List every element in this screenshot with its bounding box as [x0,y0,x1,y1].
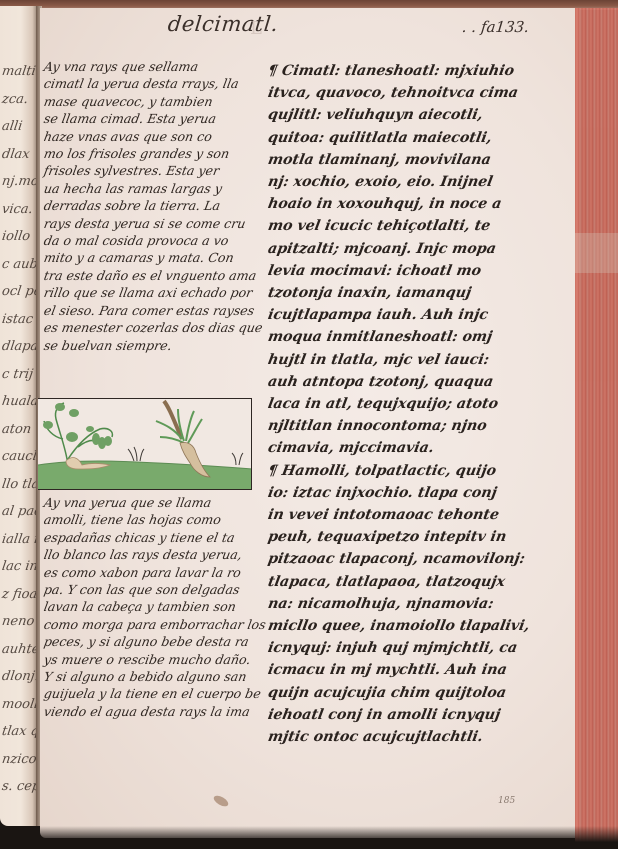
spanish-column-block-1: Ay vna rays que sellamacimatl la yerua d… [44,58,258,354]
text-line: como morga para emborrachar los [42,616,259,633]
facing-page-text-fragment: dlapa [1,339,38,354]
facing-page-text-fragment: ocl po [1,284,38,299]
text-line: ¶ Cimatl: tlaneshoatl: mjxiuhio [266,60,545,82]
nahuatl-column: ¶ Cimatl: tlaneshoatl: mjxiuhioitvca, qu… [268,60,543,748]
manuscript-scan: malti.zca.allidlaxnj.movica.iolloc auboc… [0,0,618,849]
left-facing-page: malti.zca.allidlaxnj.movica.iolloc auboc… [0,6,38,826]
text-line: io: iztac injxochio. tlapa conj [266,482,545,504]
text-line: mito y a camaras y mata. Con [42,249,259,266]
text-line: rillo que se llama axi echado por [42,284,259,301]
facing-page-text-fragment: c trij [1,367,34,382]
text-line: da o mal cosida provoca a vo [42,232,259,249]
text-line: apitzalti; mjcoanj. Injc mopa [266,238,545,260]
text-line: tra este daño es el vnguento ama [42,267,259,284]
facing-page-text-fragment: moolli [1,697,38,712]
text-line: cimatl la yerua desta rrays, lla [42,75,259,92]
facing-page-text-fragment: zca. [1,92,29,107]
text-line: levia mocimavi: ichoatl mo [266,260,545,282]
text-line: peuh, tequaxipetzo intepitv in [266,526,545,548]
text-line: cimavia, mjccimavia. [266,437,545,459]
facing-page-text-fragment: al pac [1,504,38,519]
text-line: mo los frisoles grandes y son [42,145,259,162]
text-line: lavan la cabeça y tambien son [42,598,259,615]
spanish-column-block-2: Ay vna yerua que se llamaamolli, tiene l… [44,494,258,720]
text-line: Y si alguno a bebido alguno san [42,668,259,685]
facing-page-text-fragment: istac [1,312,34,327]
facing-page-text-fragment: dlonj. [1,669,38,684]
facing-page-text-fragment: z fioa [1,587,38,602]
text-line: frisoles sylvestres. Esta yer [42,162,259,179]
text-line: Ay vna yerua que se llama [42,494,259,511]
running-head: delcimatl. [167,12,280,36]
facing-page-text-fragment: s. cepa [1,779,38,794]
text-line: viendo el agua desta rays la ima [42,703,259,720]
text-line: ys muere o rescibe mucho daño. [42,651,259,668]
text-line: na: nicamolhuja, njnamovia: [266,593,545,615]
text-line: llo blanco las rays desta yerua, [42,546,259,563]
facing-page-text-fragment: ialla in [1,532,38,547]
text-line: guijuela y la tiene en el cuerpo be [42,685,259,702]
text-line: peces, y si alguno bebe desta ra [42,633,259,650]
text-line: el sieso. Para comer estas rayses [42,302,259,319]
plant-illustration [38,398,252,490]
text-line: motla tlaminanj, movivilana [266,149,545,171]
text-line: mase quavecoc, y tambien [42,93,259,110]
text-line: rays desta yerua si se come cru [42,215,259,232]
text-line: amolli, tiene las hojas como [42,511,259,528]
facing-page-text-fragment: aton [1,422,32,437]
text-line: es como xabon para lavar la ro [42,564,259,581]
text-line: njltitlan innocontoma; njno [266,415,545,437]
text-line: Ay vna rays que sellama [42,58,259,75]
facing-page-text-fragment: auhte [1,642,38,657]
text-line: moqua inmitlaneshoatl: omj [266,326,545,348]
text-line: in vevei intotomaoac tehonte [266,504,545,526]
facing-page-text-fragment: malti. [1,64,38,79]
facing-page-text-fragment: tlax qua [1,724,38,739]
text-line: ua hecha las ramas largas y [42,180,259,197]
text-line: se llama cimad. Esta yerua [42,110,259,127]
pencil-foliation-mark: 185 [498,796,515,806]
facing-page-text-fragment: iollo [1,229,31,244]
text-line: pa. Y con las que son delgadas [42,581,259,598]
text-line: icujtlapampa iauh. Auh injc [266,304,545,326]
text-line: es menester cozerlas dos dias que [42,319,259,336]
text-line: derradas sobre la tierra. La [42,197,259,214]
text-line: tlapaca, tlatlapaoa, tlatzoqujx [266,571,545,593]
facing-page-text-fragment: llo tla [1,477,38,492]
show-through-text: L [250,18,262,39]
text-line: micllo quee, inamoiollo tlapalivi, [266,615,545,637]
facing-page-text-fragment: nj.mo [1,174,38,189]
text-line: quijn acujcujia chim quijtoloa [266,682,545,704]
text-line: itvca, quavoco, tehnoitvca cima [266,82,545,104]
facing-page-text-fragment: dlax [1,147,31,162]
text-line: iehoatl conj in amolli icnyquj [266,704,545,726]
facing-page-text-fragment: nzicon [1,752,38,767]
text-line: pitzaoac tlapaconj, ncamovilonj: [266,548,545,570]
facing-page-text-fragment: vica. [1,202,34,217]
red-fore-edge [575,8,618,849]
text-line: icmacu in mj mychtli. Auh ina [266,659,545,681]
text-line: ¶ Hamolli, tolpatlactic, quijo [266,460,545,482]
text-line: nj: xochio, exoio, eio. Inijnel [266,171,545,193]
text-line: icnyquj: injuh quj mjmjchtli, ca [266,637,545,659]
facing-page-text-fragment: huala [1,394,38,409]
text-line: se buelvan siempre. [42,337,259,354]
text-line: hoaio in xoxouhquj, in noce a [266,193,545,215]
facing-page-text-fragment: neno ze [1,614,38,629]
text-line: espadañas chicas y tiene el ta [42,529,259,546]
text-line: laca in atl, tequjxquijo; atoto [266,393,545,415]
text-line: qujlitl: veliuhquyn aiecotli, [266,104,545,126]
facing-page-text-fragment: c aub [1,257,38,272]
text-line: mo vel icucic tehiçotlalti, te [266,215,545,237]
facing-page-text-fragment: lac in [1,559,38,574]
text-line: haze vnas avas que son co [42,128,259,145]
text-line: tzotonja inaxin, iamanquj [266,282,545,304]
text-line: mjtic ontoc acujcujtlachtli. [266,726,545,748]
text-line: auh atntopa tzotonj, quaqua [266,371,545,393]
facing-page-text-fragment: alli [1,119,23,134]
facing-page-text-fragment: caucli [1,449,38,464]
folio-number: . . fa133. [461,18,530,36]
bottom-shadow [0,826,618,849]
illustration-artwork [38,399,252,490]
text-line: quitoa: quilitlatla maiecotli, [266,127,545,149]
text-line: hujtl in tlatla, mjc vel iauci: [266,349,545,371]
